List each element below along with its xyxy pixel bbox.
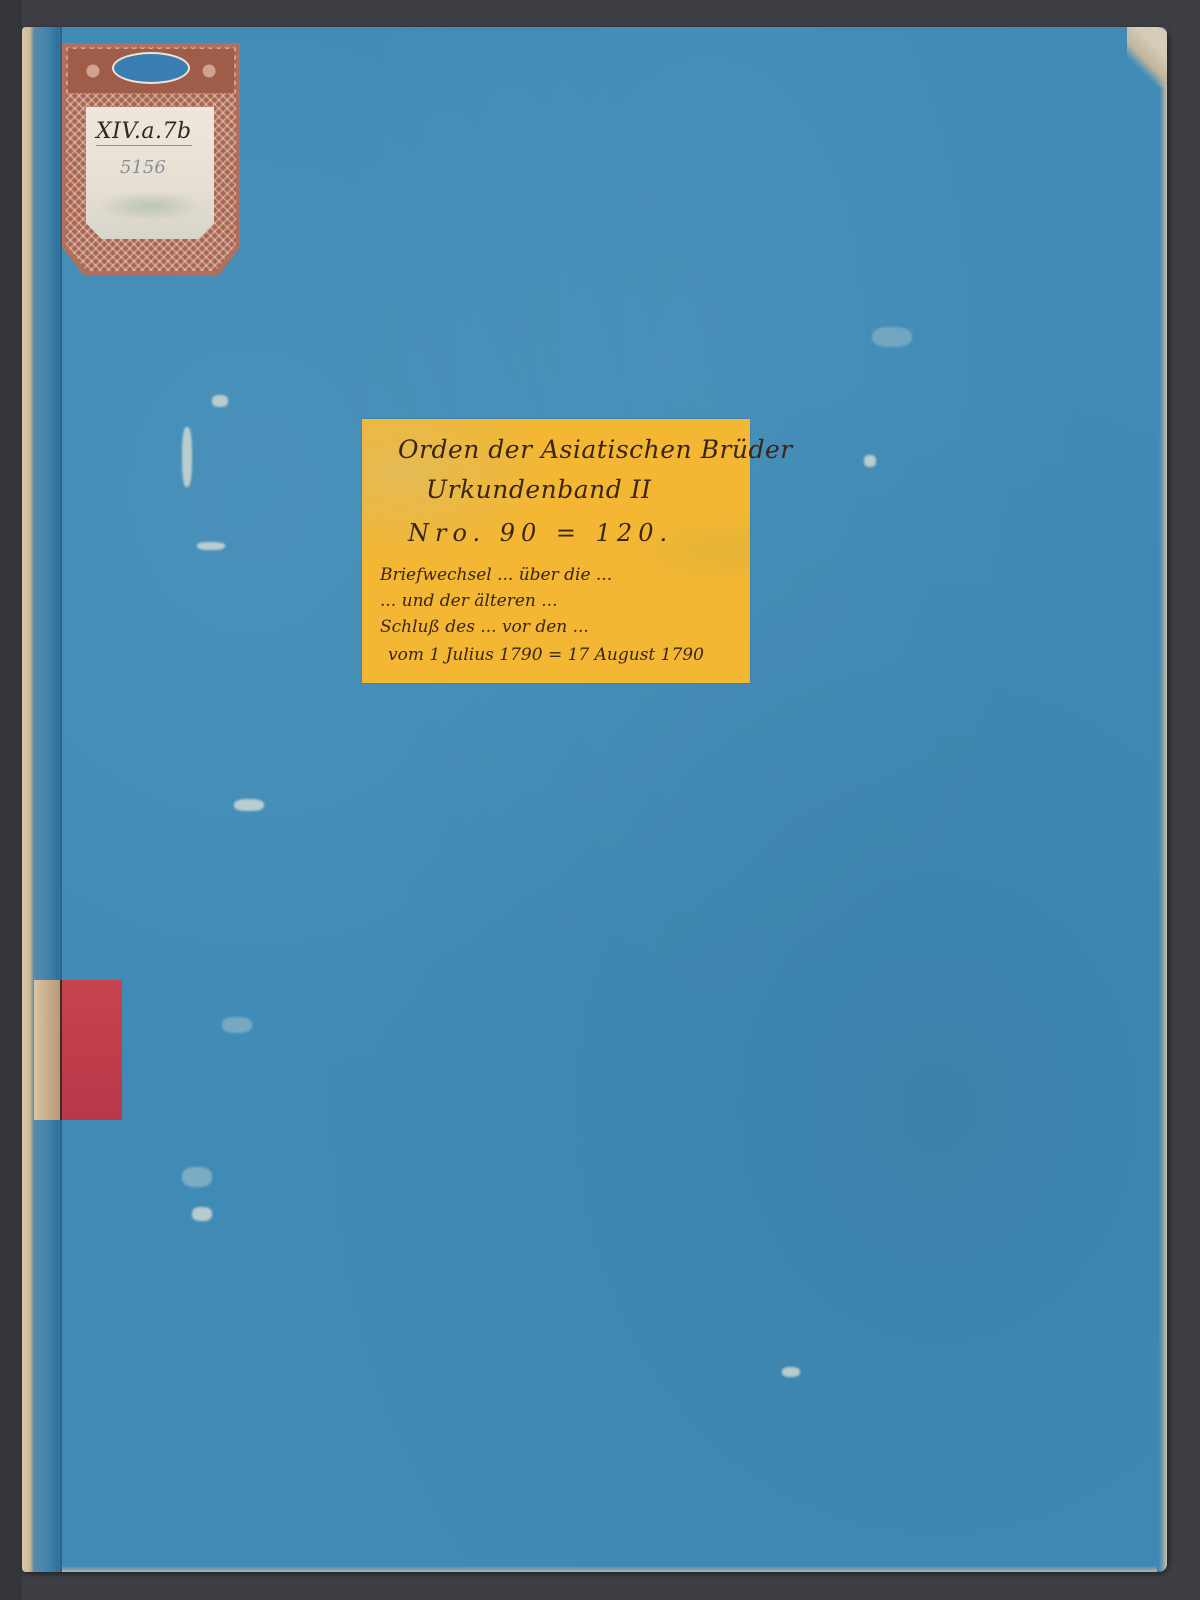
book-cover: XIV.a.7b 5156 Orden der Asiatischen Brüd… [22,27,1167,1572]
spine-label-red-patch [62,980,122,1120]
title-volume: Urkundenband II [426,475,651,504]
wear-mark [182,1167,212,1187]
title-description-line: Briefwechsel ... über die ... [380,565,612,585]
title-description-line: Schluß des ... vor den ... [380,617,589,637]
scan-background [0,0,22,1600]
cover-right-edge [1159,27,1167,1572]
label-oval [112,52,190,84]
spine-label [34,980,122,1120]
wear-mark [222,1017,252,1033]
wear-mark [782,1367,800,1377]
wear-mark [872,327,912,347]
shelfmark-number: 5156 [120,157,166,178]
spine-crease [60,27,62,1572]
cover-bottom-edge [62,1566,1157,1572]
wear-mark [197,542,225,550]
title-date-range: vom 1 Julius 1790 = 17 August 1790 [388,645,704,665]
shelfmark-code: XIV.a.7b [96,119,192,146]
corner-wear [1127,27,1167,87]
wear-mark [182,427,192,487]
label-stain [96,191,204,221]
label-paper: XIV.a.7b 5156 [86,107,214,239]
spine-label-cloth [34,980,60,1120]
wear-mark [234,799,264,811]
shelfmark-label: XIV.a.7b 5156 [62,43,240,275]
wear-mark [212,395,228,407]
book-spine [22,27,62,1572]
wear-mark [864,455,876,467]
title-label: Orden der Asiatischen Brüder Urkundenban… [362,419,750,683]
title-heading: Orden der Asiatischen Brüder [398,435,793,464]
title-numbers: Nro. 90 = 120. [408,519,673,547]
wear-mark [192,1207,212,1221]
title-description-line: ... und der älteren ... [380,591,558,611]
